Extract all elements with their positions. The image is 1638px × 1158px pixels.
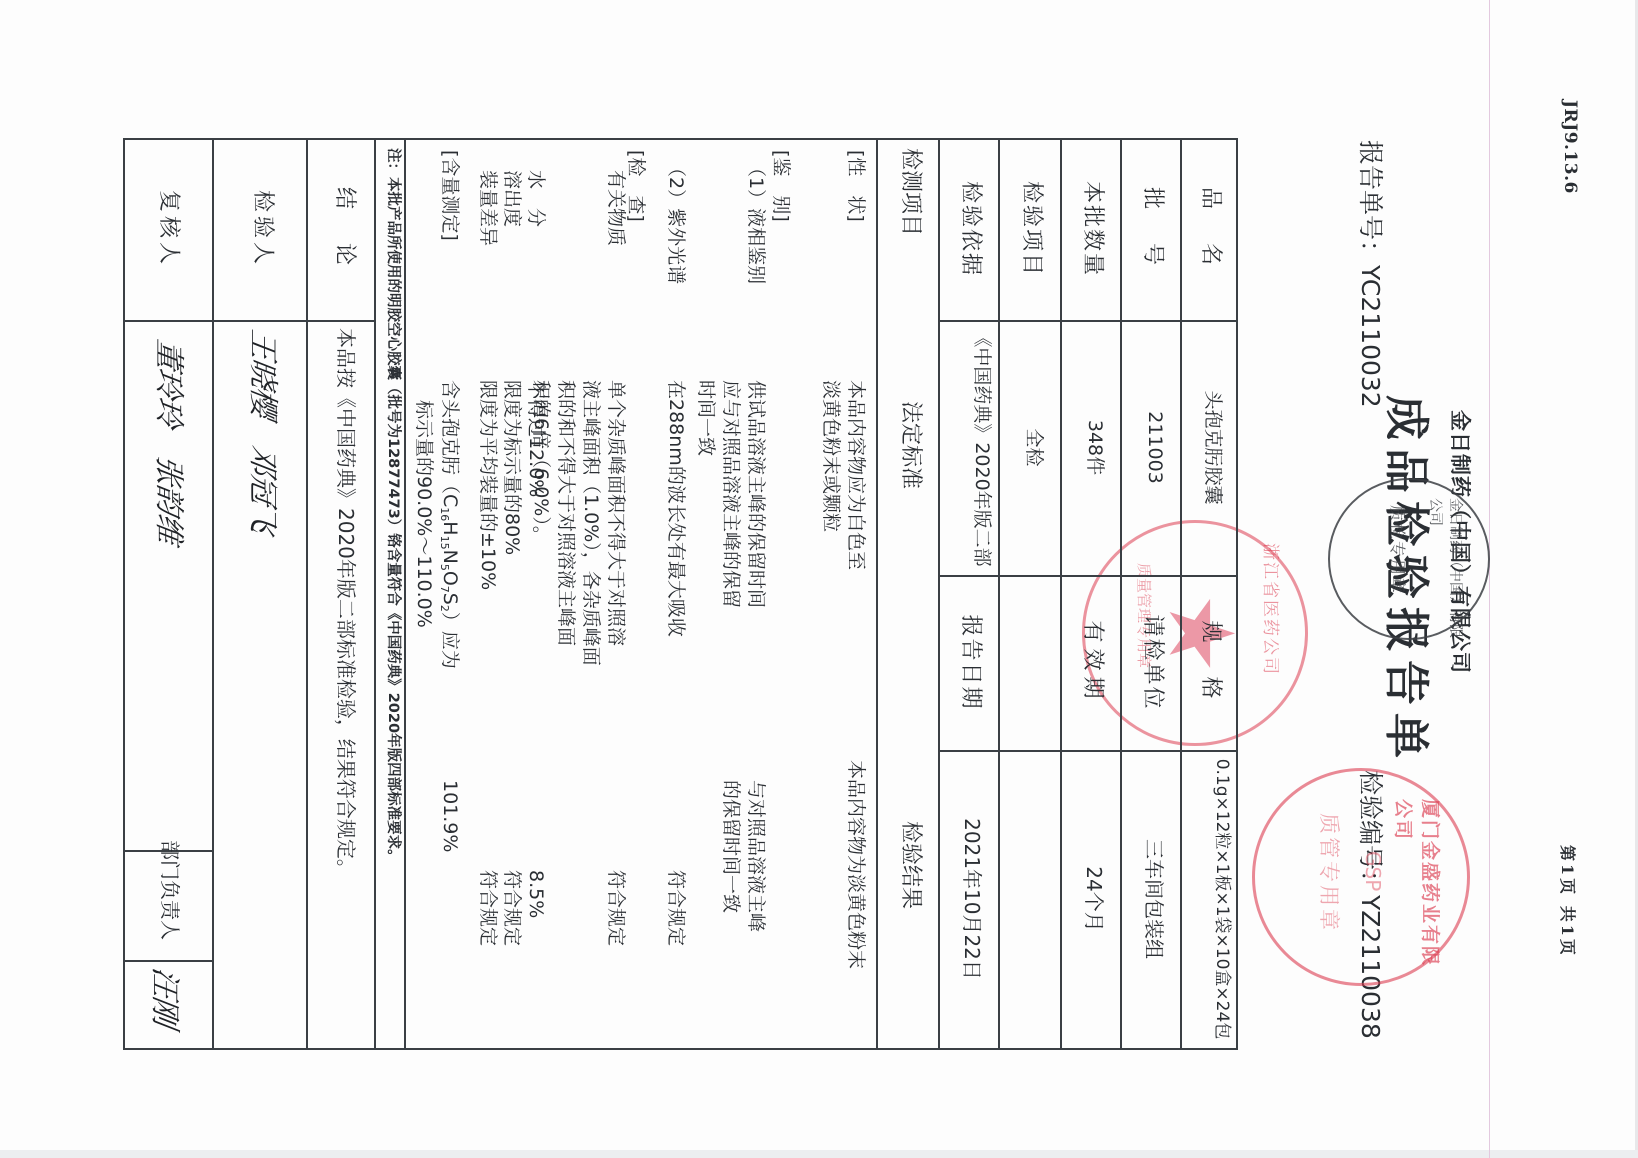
inspection-report-page: JRJ9.13.6 第1页 共1页 金日制药（中国）有限公司 成品检验报告单 报… (0, 0, 1638, 1158)
test-result: 8.5% (523, 870, 548, 1158)
test-result: 本品内容物为淡黄色粉末 (843, 760, 868, 1050)
dept-head-signature: 汪刚 (146, 965, 190, 1029)
conclusion-label: 结 论 (331, 138, 359, 320)
table-rule (940, 750, 1238, 752)
test-item: 水 分 (523, 170, 548, 400)
test-item: 溶出度 (499, 170, 524, 400)
batch-value: 211003 (1142, 328, 1166, 567)
test-result: 与对照品溶液主峰 的保留时间一致 (718, 780, 768, 1070)
stamp-center-text: 质管专用章 (1315, 813, 1345, 933)
stamp-arc-text: 厦门金盛药业有限公司 (1391, 799, 1445, 983)
spec-label: 规 格 (1197, 575, 1225, 750)
batch-label: 批 号 (1139, 138, 1167, 320)
quantity-value: 348件 (1082, 328, 1106, 567)
table-rule (125, 320, 376, 322)
validity-value: 24个月 (1081, 756, 1106, 1042)
page-count: 第1页 共1页 (1557, 845, 1580, 958)
basis-label: 检验依据 (957, 138, 985, 320)
table-rule (306, 138, 308, 1048)
test-item: 有关物质 (603, 170, 628, 400)
inspection-number-value: YZ2110038 (1356, 895, 1385, 1039)
table-rule (1180, 138, 1182, 1048)
product-name-value: 头孢克肟胶囊 (1200, 328, 1224, 567)
inspection-number-label: 检验编号： (1356, 770, 1385, 895)
table-rule (998, 138, 1000, 1048)
table-rule (1060, 138, 1062, 1048)
product-name-label: 品 名 (1197, 138, 1225, 320)
test-result: 符合规定 (603, 870, 628, 1158)
quantity-label: 本批数量 (1079, 138, 1107, 320)
inspector-signature: 王晓樱 邓冠飞 (244, 327, 288, 536)
scan-edge (0, 1150, 1638, 1158)
test-item: [性 状] (843, 150, 868, 380)
results-header-standard: 法定标准 (897, 320, 925, 570)
requester-value: 三车间包装组 (1141, 756, 1166, 1042)
test-standard: 供试品溶液主峰的保留时间 应与对照品溶液主峰的保留 时间一致 (693, 380, 768, 760)
test-item: [鉴 别] (768, 150, 793, 380)
test-result: 符合规定 (499, 870, 524, 1158)
table-rule (1120, 138, 1122, 1048)
table-rule (1236, 138, 1238, 1048)
requester-stamp: ★ 浙江省医药公司 质量管理专用章 (1082, 520, 1308, 746)
test-item: [含量测定] (437, 150, 462, 380)
test-result: 101.9% (437, 780, 462, 1070)
form-code: JRJ9.13.6 (1560, 100, 1580, 194)
test-standard: 在288nm的波长处有最大吸收 (663, 380, 688, 760)
requester-label: 请检单位 (1139, 575, 1167, 750)
report-number: 报告单号：YC2110032 (1354, 140, 1390, 408)
assay-standard: 含头孢克肟（C16H15N5O7S2）应为标示量的90.0%～110.0% (411, 380, 462, 760)
test-standard: 本品内容物应为白色至 淡黄色粉末或颗粒 (818, 380, 868, 760)
table-rule (125, 960, 214, 962)
basis-value: 《中国药典》2020年版二部 (968, 328, 994, 567)
test-item: （2）紫外光谱 (663, 158, 688, 388)
table-rule (374, 138, 376, 1048)
note-text: 注：本批产品所使用的明胶空心胶囊（批号为12877473）铬含量符合《中国药典》… (383, 148, 402, 1038)
test-item: 装量差异 (475, 170, 500, 400)
report-date-label: 报告日期 (957, 575, 985, 750)
document-title: 成品检验报告单 (1378, 395, 1443, 766)
test-result: 符合规定 (475, 870, 500, 1158)
test-item: （1）液相鉴别 (743, 158, 768, 388)
table-rule (125, 138, 1238, 140)
dept-head-label: 部门负责人 (157, 820, 182, 960)
test-result: 符合规定 (663, 870, 688, 1158)
table-rule (404, 138, 406, 1048)
items-label: 检验项目 (1018, 138, 1046, 320)
test-standard: 限度为平均装量的±10% (475, 380, 500, 760)
report-date-value: 2021年10月22日 (959, 756, 984, 1042)
table-rule (938, 138, 940, 1048)
conclusion-text: 本品按《中国药典》2020年版二部标准检验，结果符合规定。 (333, 328, 358, 1040)
stamp-arc-text: 浙江省医药公司 (1260, 543, 1285, 676)
table-rule (940, 320, 1238, 322)
test-standard: 不得过12.0% (523, 380, 548, 760)
report-number-value: YC2110032 (1356, 265, 1385, 408)
results-header-item: 检测项目 (897, 148, 925, 348)
inspection-number: 检验编号：YZ2110038 (1354, 770, 1390, 1039)
validity-label: 有效期 (1079, 575, 1107, 750)
items-value: 全检 (1021, 328, 1045, 567)
page-fold-line (1489, 0, 1490, 1158)
report-number-label: 报告单号： (1356, 140, 1385, 265)
reviewer-label: 复核人 (155, 138, 183, 320)
spec-value: 0.1g×12粒×1板×1袋×10盒×24包 (1209, 756, 1235, 1042)
company-name: 金日制药（中国）有限公司 (1446, 410, 1476, 674)
results-header-result: 检验结果 (897, 740, 925, 990)
table-rule (123, 138, 125, 1048)
table-rule (212, 138, 214, 1048)
reviewer-signature: 董玲玲 张韵维 (150, 337, 194, 546)
inspector-label: 检验人 (249, 138, 277, 320)
test-standard: 限度为标示量的80% (499, 380, 524, 760)
table-rule (876, 138, 878, 1048)
